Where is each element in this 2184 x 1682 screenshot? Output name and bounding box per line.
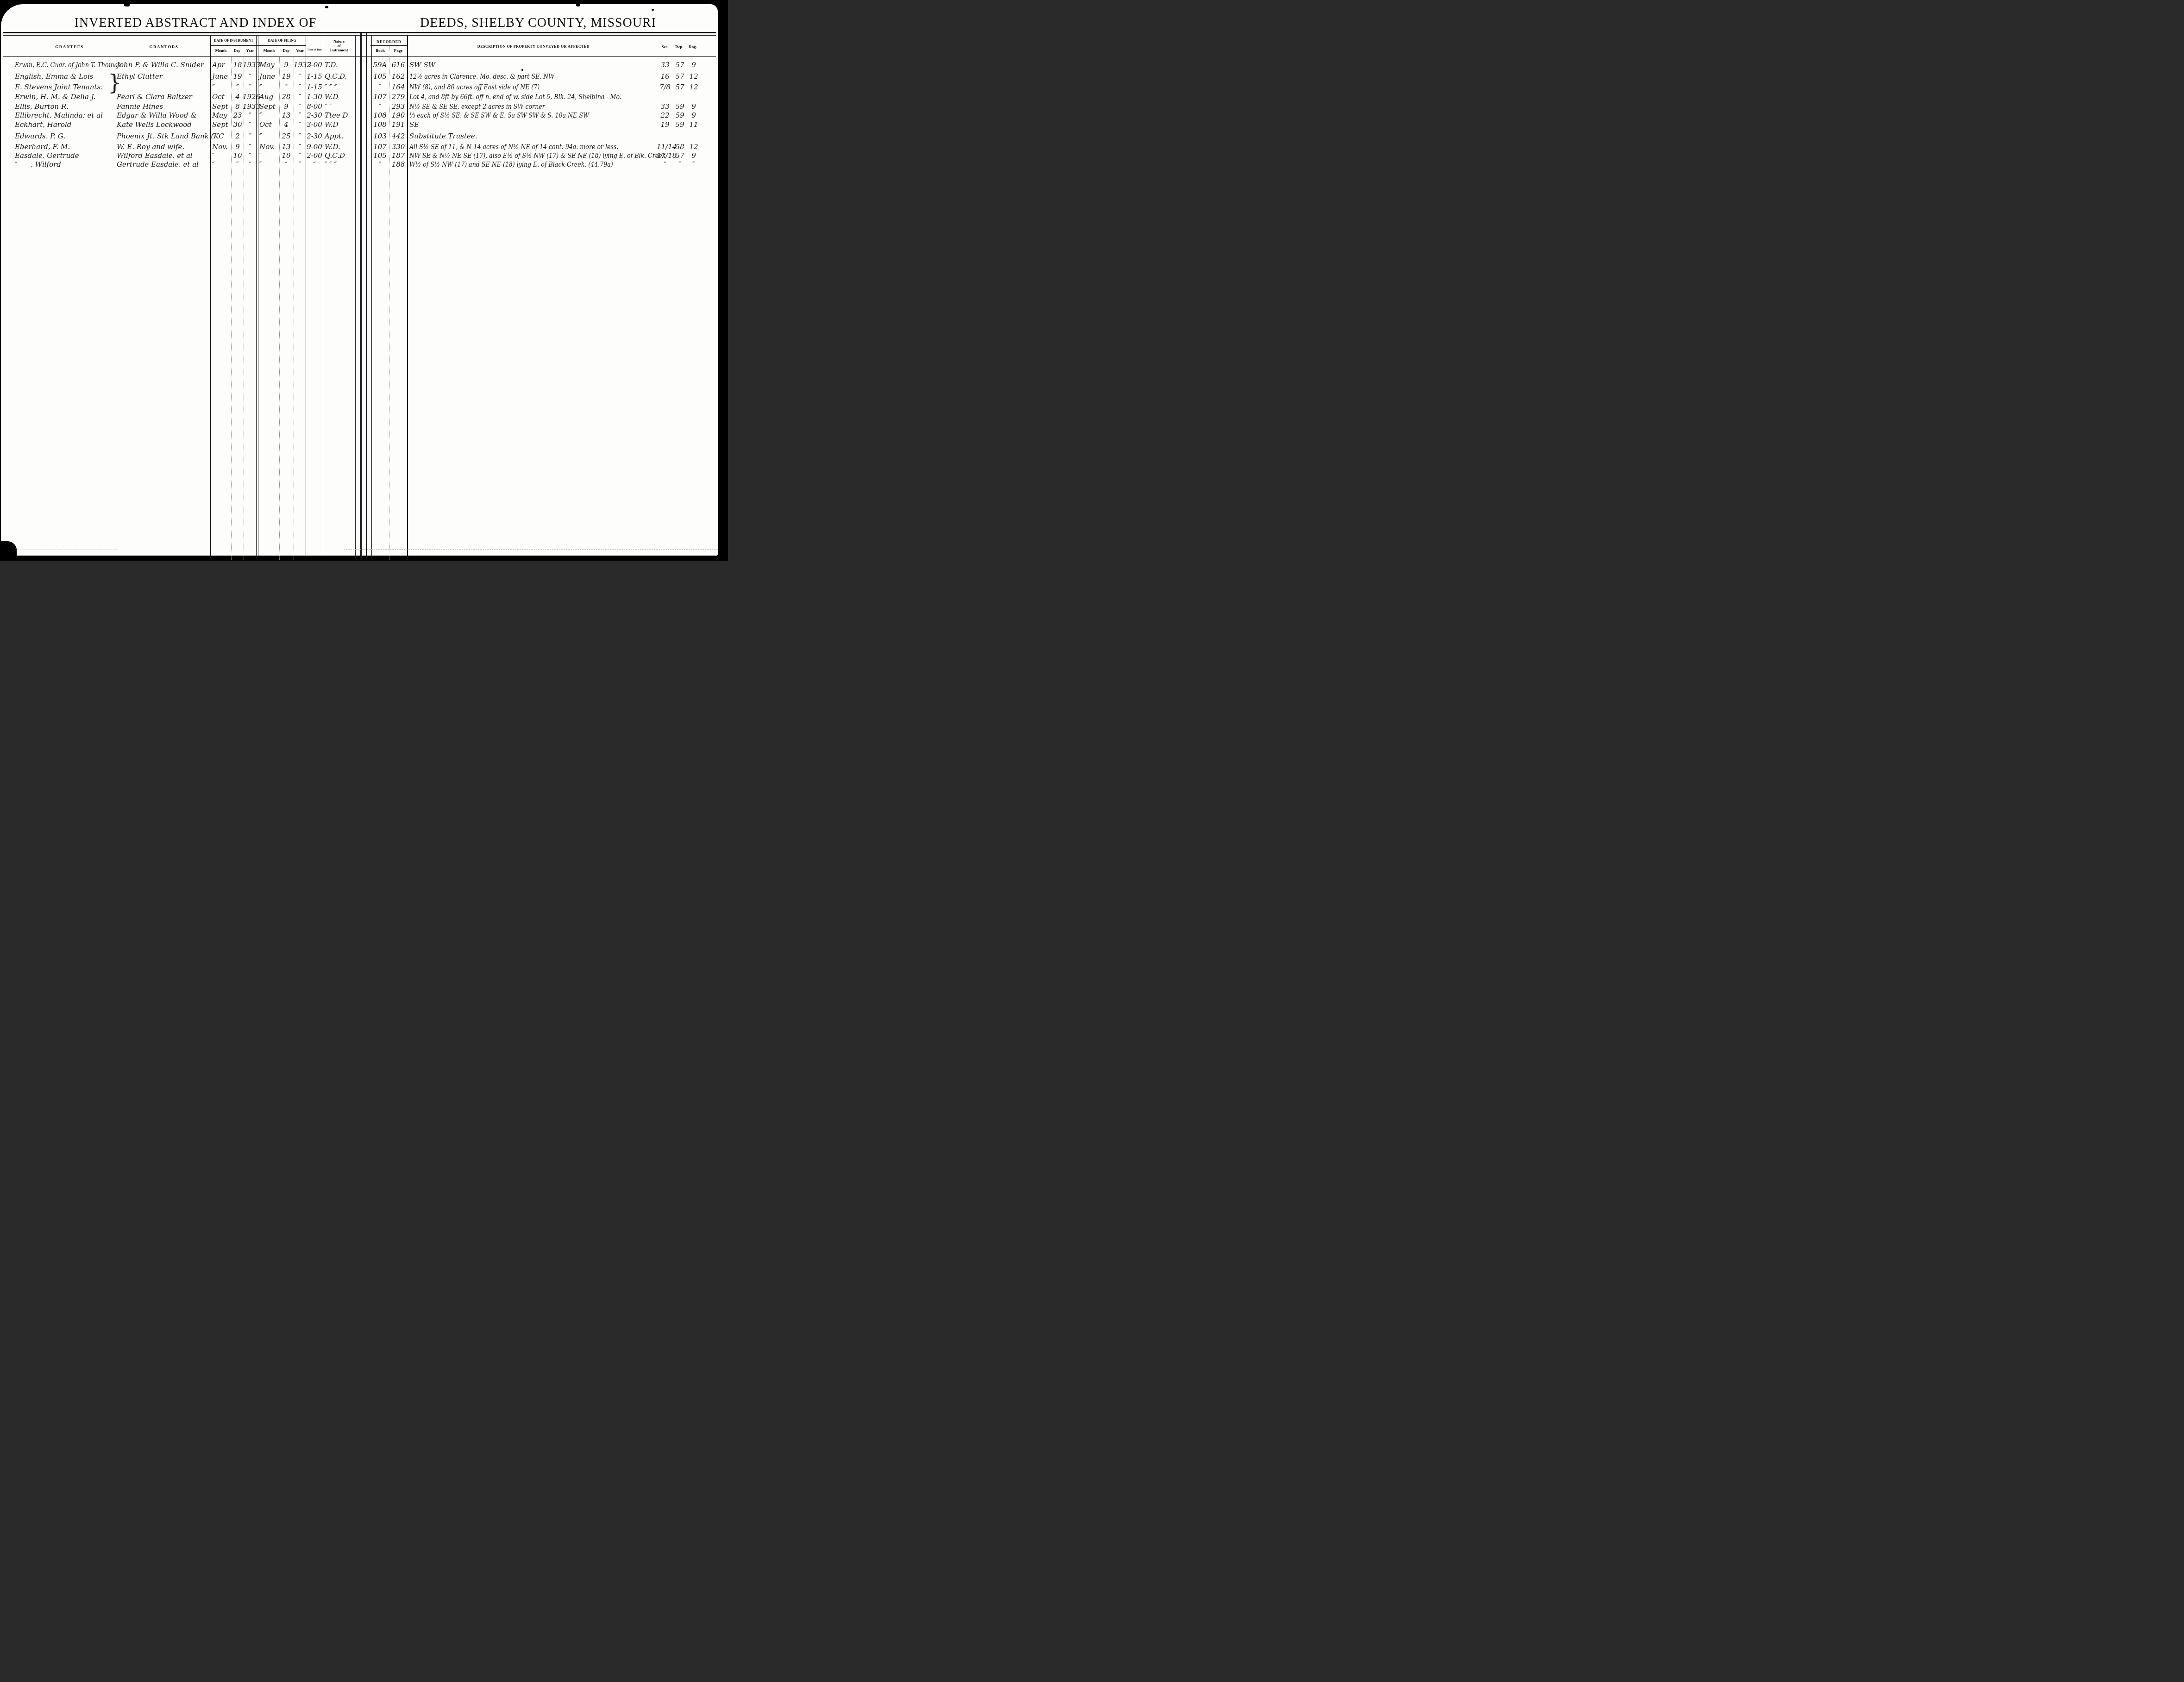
table-row: Ellibrecht, Malinda; et alEdgar & Willa … <box>1 111 718 121</box>
header-instrument-month: Month <box>212 48 230 53</box>
cell-page: 164 <box>389 83 407 91</box>
cell-grantee: Erwin, E.C. Guar. of John T. Thomas <box>15 61 121 69</box>
cell-time: 1-15 <box>306 72 323 81</box>
scan-speck <box>652 9 654 11</box>
cell-fm: ″ <box>259 160 262 169</box>
scanned-ledger-spread: INVERTED ABSTRACT AND INDEX OF DEEDS, SH… <box>0 0 728 561</box>
cell-grantee: ″ , Wilford <box>15 160 61 169</box>
cell-id: 8 <box>232 102 244 111</box>
scan-speck <box>124 3 130 6</box>
page-title-left: INVERTED ABSTRACT AND INDEX OF <box>38 15 353 31</box>
cell-fy: ″ <box>294 72 306 81</box>
cell-grantor: Kate Wells Lockwood <box>117 120 192 129</box>
cell-im: Sept <box>212 102 228 111</box>
cell-desc: 12½ acres in Clarence. Mo. desc. & part … <box>409 72 554 81</box>
header-instrument-year: Year <box>244 48 257 53</box>
cell-sec: 19 <box>657 120 673 129</box>
cell-fd: ″ <box>279 160 293 169</box>
cell-grantor: W. E. Roy and wife. <box>117 143 184 151</box>
cell-grantor: Fannie Hines <box>117 102 163 111</box>
cell-sec: 11/14 <box>657 143 673 151</box>
header-recorded: RECORDED <box>371 40 407 44</box>
title-rule-bottom <box>3 35 716 36</box>
cell-fy: ″ <box>294 132 306 140</box>
cell-id: ″ <box>232 160 244 169</box>
header-rng: Rng. <box>686 44 700 49</box>
cell-grantor: Wilford Easdale. et al <box>117 151 193 160</box>
cell-fy: ″ <box>294 143 306 151</box>
cell-grantee: Eckhart, Harold <box>15 120 71 129</box>
cell-book: ″ <box>371 160 389 169</box>
cell-fd: ″ <box>279 83 293 91</box>
cell-fy: ″ <box>294 93 306 101</box>
cell-book: 103 <box>371 132 389 140</box>
cell-iy: ″ <box>243 120 257 129</box>
cell-book: ″ <box>371 102 389 111</box>
title-rule-top <box>3 32 716 33</box>
header-book: Book <box>372 48 389 53</box>
table-row: Eckhart, HaroldKate Wells LockwoodSept30… <box>1 120 718 131</box>
cell-fm: June <box>259 72 275 81</box>
cell-id: 9 <box>232 143 244 151</box>
cell-desc: NW (8), and 80 acres off East side of NE… <box>409 83 540 91</box>
cell-desc: NW SE & N½ NE SE (17), also E½ of S½ NW … <box>409 151 665 160</box>
cell-nature: W.D. <box>325 143 340 151</box>
cell-fm: Oct <box>259 120 272 129</box>
cell-sec: 22 <box>657 111 673 119</box>
cell-page: 442 <box>389 132 407 140</box>
cell-id: 10 <box>232 151 244 160</box>
header-sec: Sec. <box>658 44 672 49</box>
cell-fm: May <box>259 61 275 69</box>
cell-desc: ⅓ each of S½ SE. & SE SW & E. 5a SW SW &… <box>409 111 589 119</box>
cell-fm: Nov. <box>259 143 275 151</box>
cell-fd: 4 <box>279 120 293 129</box>
cell-grantee: Eberhard, F. M. <box>15 143 70 151</box>
cell-id: 19 <box>232 72 244 81</box>
cell-sec: 17/18 <box>657 151 673 160</box>
cell-desc: All S½ SE of 11, & N 14 acres of N½ NE o… <box>409 143 618 151</box>
cell-id: ″ <box>232 83 244 91</box>
cell-iy: 1926 <box>243 93 257 101</box>
cell-iy: 1933 <box>243 102 257 111</box>
cell-iy: ″ <box>243 111 257 119</box>
cell-nature: ″ ″ <box>325 102 332 111</box>
cell-iy: ″ <box>243 151 257 160</box>
cell-desc: Substitute Trustee. <box>409 132 477 140</box>
header-grantees: GRANTEES <box>32 44 107 49</box>
grantee-brace: } <box>108 70 121 95</box>
cell-iy: ″ <box>243 72 257 81</box>
cell-book: 105 <box>371 151 389 160</box>
cell-sec: ″ <box>657 160 673 169</box>
cell-twp: 57 <box>673 83 686 91</box>
cell-rng: 12 <box>687 72 701 81</box>
cell-twp: 59 <box>673 120 686 129</box>
cell-twp: 57 <box>673 72 686 81</box>
cell-page: 187 <box>389 151 407 160</box>
cell-rng: 12 <box>687 143 701 151</box>
header-twp: Twp. <box>672 44 686 49</box>
cell-nature: ″ ″ ″ <box>325 83 337 91</box>
cell-twp: 59 <box>673 111 686 119</box>
cell-iy: 1933 <box>243 61 257 69</box>
cell-page: 330 <box>389 143 407 151</box>
cell-page: 616 <box>389 61 407 69</box>
header-page: Page <box>390 48 407 53</box>
cell-im: May <box>212 111 227 119</box>
header-filing-day: Day <box>279 48 293 53</box>
cell-im: ″ <box>212 132 215 140</box>
cell-time: 2-00 <box>306 61 323 69</box>
header-date-of-instrument: DATE OF INSTRUMENT <box>211 38 257 43</box>
cell-fd: 10 <box>279 151 293 160</box>
cell-twp: 59 <box>673 102 686 111</box>
scan-speck <box>521 69 523 71</box>
cell-twp: ″ <box>673 160 686 169</box>
cell-page: 191 <box>389 120 407 129</box>
cell-fy: ″ <box>294 151 306 160</box>
table-row: ″ , WilfordGertrude Easdale. et al″″″″″″… <box>1 160 718 170</box>
cell-im: Nov. <box>212 143 228 151</box>
cell-im: ″ <box>212 83 215 91</box>
cell-grantee: English, Emma & Lois <box>15 72 93 81</box>
cell-rng: 9 <box>687 61 701 69</box>
cell-fy: ″ <box>294 102 306 111</box>
cell-time: 3-00 <box>306 120 323 129</box>
table-row: Edwards. P. G.Phoenix Jt. Stk Land Bank … <box>1 132 718 142</box>
cell-rng: 11 <box>687 120 701 129</box>
cell-rng: 9 <box>687 102 701 111</box>
cell-fy: 1933 <box>294 61 306 69</box>
cell-iy: ″ <box>243 132 257 140</box>
header-filing-year: Year <box>294 48 306 53</box>
cell-desc: SW SW <box>409 61 435 69</box>
cell-id: 23 <box>232 111 244 119</box>
cell-fd: 9 <box>279 61 293 69</box>
header-instrument-day: Day <box>231 48 244 53</box>
cell-grantee: Easdale, Gertrude <box>15 151 79 160</box>
cell-rng: 9 <box>687 111 701 119</box>
cell-time: 1-15 <box>306 83 323 91</box>
cell-nature: Q.C.D <box>325 151 345 160</box>
header-filing-month: Month <box>259 48 279 53</box>
cell-book: 108 <box>371 111 389 119</box>
cell-grantor: John P. & Willa C. Snider <box>117 61 204 69</box>
cell-nature: Ttee D <box>325 111 348 119</box>
cell-grantor: Edgar & Willa Wood & <box>117 111 197 119</box>
scan-speck <box>576 4 580 6</box>
cell-nature: Appt. <box>325 132 344 140</box>
cell-fm: Aug <box>259 93 273 101</box>
cell-im: ″ <box>212 151 215 160</box>
cell-fd: 13 <box>279 111 293 119</box>
cell-rng: 9 <box>687 151 701 160</box>
header-grantors: GRANTORS <box>127 44 201 49</box>
cell-iy: ″ <box>243 83 257 91</box>
cell-iy: ″ <box>243 143 257 151</box>
cell-fy: ″ <box>294 120 306 129</box>
cell-page: 293 <box>389 102 407 111</box>
cell-sec: 33 <box>657 102 673 111</box>
cell-nature: T.D. <box>325 61 338 69</box>
cell-time: ″ <box>306 160 323 169</box>
cell-fm: ″ <box>259 151 262 160</box>
cell-nature: ″ ″ ″ <box>325 160 337 169</box>
cell-twp: 57 <box>673 151 686 160</box>
cell-page: 190 <box>389 111 407 119</box>
cell-im: Oct <box>212 93 225 101</box>
cell-fm: Sept <box>259 102 276 111</box>
cell-book: 108 <box>371 120 389 129</box>
cell-fy: ″ <box>294 160 306 169</box>
cell-nature: W.D <box>325 93 339 101</box>
cell-id: 4 <box>232 93 244 101</box>
cell-book: 105 <box>371 72 389 81</box>
cell-book: ″ <box>371 83 389 91</box>
scan-corner-blob <box>1 541 17 556</box>
scan-streak <box>344 549 718 550</box>
cell-grantor: Gertrude Easdale. et al <box>117 160 199 169</box>
cell-fm: ″ <box>259 132 262 140</box>
cell-desc: Lot 4, and 8ft by 66ft. off n. end of w.… <box>409 93 621 101</box>
cell-twp: 58 <box>673 143 686 151</box>
cell-id: 2 <box>232 132 244 140</box>
cell-iy: ″ <box>243 160 257 169</box>
cell-fd: 9 <box>279 102 293 111</box>
cell-page: 279 <box>389 93 407 101</box>
cell-sec: 33 <box>657 61 673 69</box>
cell-time: 1-30 <box>306 93 323 101</box>
cell-im: ″ <box>212 160 215 169</box>
cell-grantee: Ellibrecht, Malinda; et al <box>15 111 103 119</box>
cell-fy: ″ <box>294 111 306 119</box>
cell-time: 2-30 <box>306 132 323 140</box>
cell-desc: N½ SE & SE SE, except 2 acres in SW corn… <box>409 102 545 111</box>
cell-sec: 7/8 <box>657 83 673 91</box>
cell-id: 18 <box>232 61 244 69</box>
cell-grantor: Ethyl Clutter <box>117 72 163 81</box>
cell-grantee: Ellis, Burton R. <box>15 102 69 111</box>
cell-im: June <box>212 72 228 81</box>
cell-grantor: Phoenix Jt. Stk Land Bank (KC <box>117 132 224 140</box>
page-title-right: DEEDS, SHELBY COUNTY, MISSOURI <box>395 15 682 31</box>
cell-im: Sept <box>212 120 228 129</box>
cell-nature: W.D <box>325 120 339 129</box>
cell-book: 107 <box>371 143 389 151</box>
header-nature-line1: Nature <box>324 39 354 44</box>
cell-desc: W½ of S½ NW (17) and SE NE (18) lying E.… <box>409 160 613 169</box>
header-date-of-filing: DATE OF FILING <box>258 38 306 43</box>
cell-fd: 13 <box>279 143 293 151</box>
cell-fm: ″ <box>259 111 262 119</box>
scan-streak <box>358 540 718 540</box>
cell-time: 8-00 <box>306 102 323 111</box>
ledger-page: INVERTED ABSTRACT AND INDEX OF DEEDS, SH… <box>1 4 718 556</box>
scan-speck <box>325 6 328 8</box>
cell-rng: ″ <box>687 160 701 169</box>
cell-desc: SE <box>409 120 419 129</box>
header-nature-line3: Instrument <box>324 48 354 53</box>
cell-time: 2-30 <box>306 111 323 119</box>
cell-sec: 16 <box>657 72 673 81</box>
cell-fy: ″ <box>294 83 306 91</box>
cell-grantee: Erwin, H. M. & Delia J. <box>15 93 95 101</box>
cell-fd: 25 <box>279 132 293 140</box>
cell-fd: 19 <box>279 72 293 81</box>
cell-grantee: E. Stevens Joint Tenants. <box>15 83 103 91</box>
cell-time: 2-00 <box>306 151 323 160</box>
header-nature-of-instrument: Nature of Instrument <box>324 39 354 53</box>
header-nature-line2: of <box>324 44 354 49</box>
cell-twp: 57 <box>673 61 686 69</box>
cell-book: 107 <box>371 93 389 101</box>
cell-nature: Q.C.D. <box>325 72 347 81</box>
scan-streak <box>6 550 117 550</box>
header-bottom-rule <box>3 56 716 57</box>
header-description: DESCRIPTION OF PROPERTY CONVEYED OR AFFE… <box>408 44 659 49</box>
cell-fm: ″ <box>259 83 262 91</box>
cell-grantor: Pearl & Clara Baltzer <box>117 93 192 101</box>
cell-page: 162 <box>389 72 407 81</box>
cell-id: 30 <box>232 120 244 129</box>
cell-page: 188 <box>389 160 407 169</box>
cell-book: 59A <box>371 61 389 69</box>
cell-im: Apr <box>212 61 225 69</box>
table-row: Erwin, E.C. Guar. of John T. ThomasJohn … <box>1 61 718 71</box>
cell-fd: 28 <box>279 93 293 101</box>
header-time-of-day: Time of Day <box>306 49 323 51</box>
cell-grantee: Edwards. P. G. <box>15 132 65 140</box>
cell-rng: 12 <box>687 83 701 91</box>
cell-time: 9-00 <box>306 143 323 151</box>
